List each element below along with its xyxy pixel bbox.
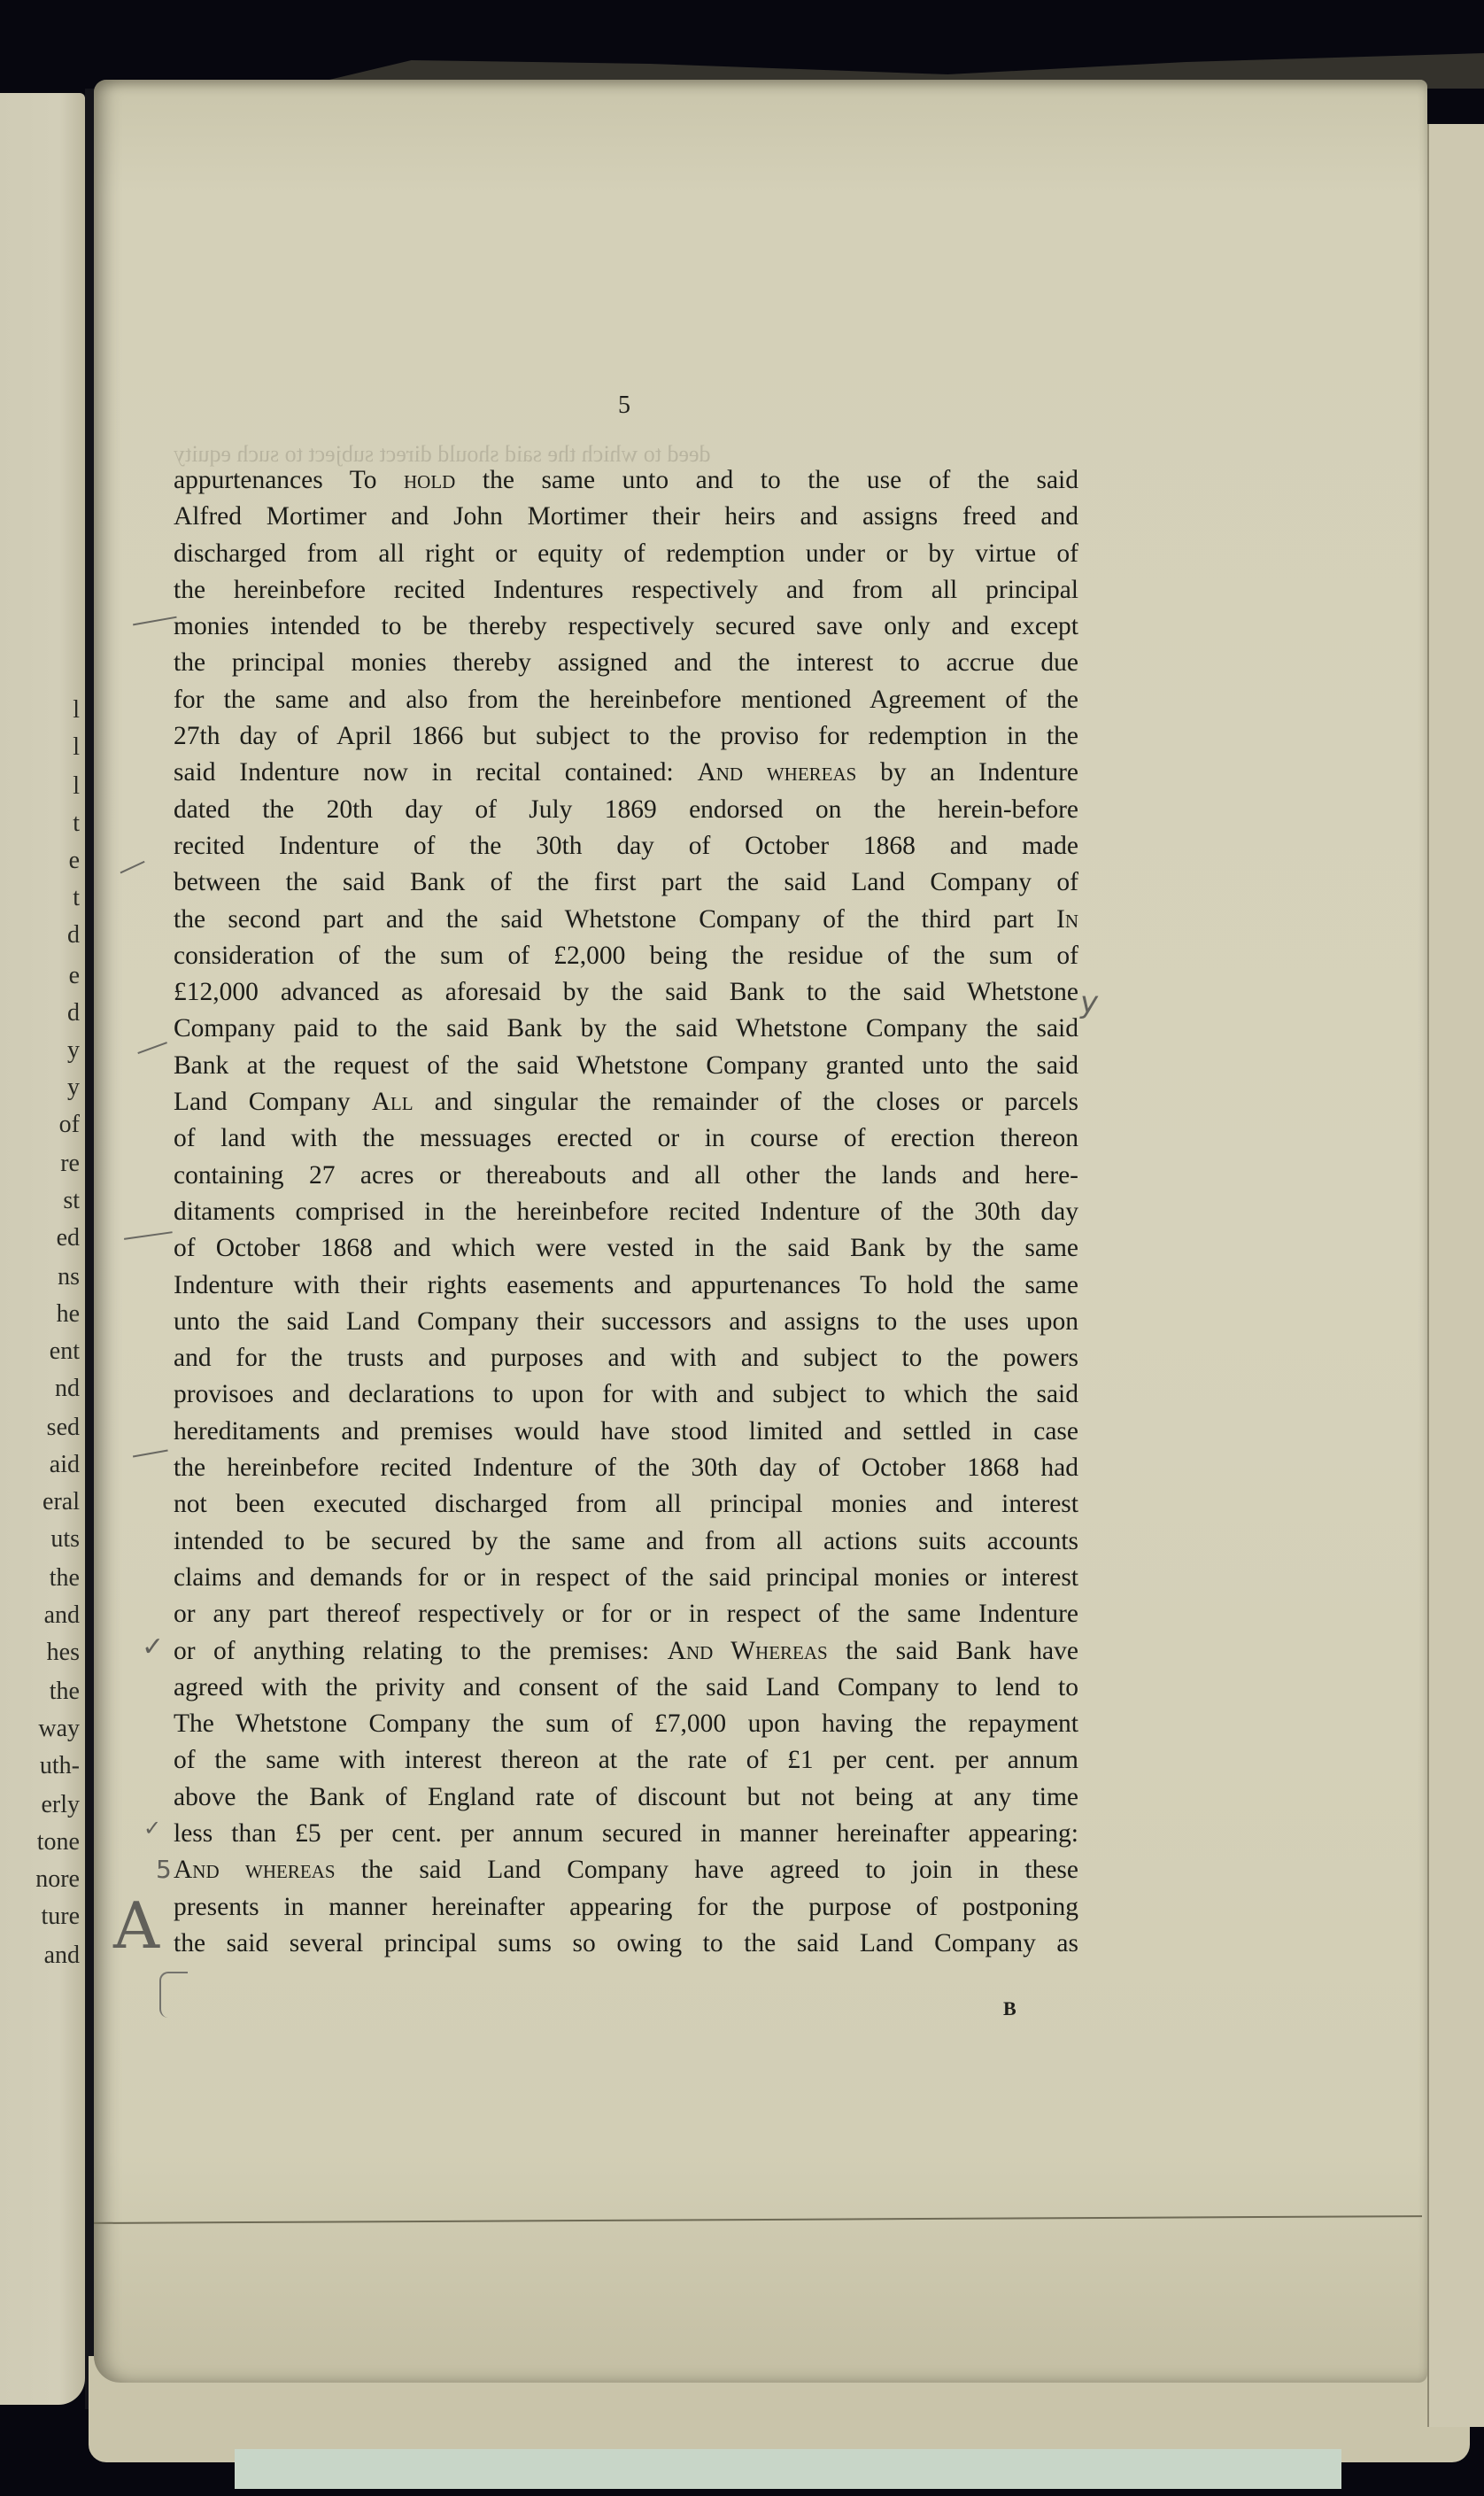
small-caps-term: And whereas [174,1856,336,1884]
text-line: Land Company All and singular the remain… [174,1084,1078,1120]
text-run: presents in manner hereinafter appearing… [174,1893,1078,1921]
left-page-text-fragment: ed [57,1226,80,1251]
text-run: between the said Bank of the first part … [174,868,1078,896]
text-run: Indenture with their rights easements an… [174,1271,1078,1299]
small-caps-term: In [1056,905,1078,934]
left-page-text-fragment: the [50,1679,80,1704]
text-line: agreed with the privity and consent of t… [174,1670,1078,1706]
text-run: Bank at the request of the said Whetston… [174,1051,1078,1080]
text-line: or of anything relating to the premises:… [174,1633,1078,1670]
text-line: dated the 20th day of July 1869 endorsed… [174,792,1078,828]
text-line: unto the said Land Company their success… [174,1304,1078,1340]
text-line: The Whetstone Company the sum of £7,000 … [174,1706,1078,1742]
text-line: intended to be secured by the same and f… [174,1523,1078,1560]
text-line: the second part and the said Whetstone C… [174,902,1078,938]
text-run: hereditaments and premises would have st… [174,1417,1078,1446]
small-caps-term: And Whereas [668,1637,828,1665]
text-line: claims and demands for or in respect of … [174,1560,1078,1596]
text-line: the said several principal sums so owing… [174,1926,1078,1962]
text-line: less than £5 per cent. per annum secured… [174,1816,1078,1852]
left-page-text-fragment: erly [41,1793,80,1818]
left-page-text-fragment: way [38,1717,80,1741]
text-line: Indenture with their rights easements an… [174,1267,1078,1304]
left-page-text-fragment: nore [35,1867,80,1892]
left-page-text-fragment: uts [50,1527,80,1552]
left-page-text-fragment: tone [37,1830,80,1855]
text-line: £12,000 advanced as aforesaid by the sai… [174,974,1078,1011]
left-page-text-fragment: e [69,849,80,873]
text-line: the hereinbefore recited Indenture of th… [174,1450,1078,1486]
text-line: between the said Bank of the first part … [174,864,1078,901]
left-page-text-fragment: l [73,698,80,723]
text-run: not been executed discharged from all pr… [174,1490,1078,1518]
text-line: of October 1868 and which were vested in… [174,1230,1078,1267]
text-line: consideration of the sum of £2,000 being… [174,938,1078,974]
blue-paper-slip [235,2449,1341,2489]
text-run: 27th day of April 1866 but subject to th… [174,722,1078,750]
text-run: by an Indenture [856,758,1078,787]
text-run: or any part thereof respectively or for … [174,1600,1078,1628]
small-caps-term: And whereas [697,758,856,787]
left-page-text-fragment: aid [50,1453,80,1477]
text-run: ditaments comprised in the hereinbefore … [174,1198,1078,1226]
left-page-text-fragment: sed [47,1415,80,1440]
text-run: said Indenture now in recital contained: [174,758,697,787]
text-line: for the same and also from the hereinbef… [174,682,1078,718]
left-page-text-fragment: y [67,1038,80,1063]
left-page-text-fragment: and [44,1603,80,1628]
left-page-text-fragment: t [73,811,80,836]
left-facing-page: llltetdedyyofrestednsheentndsedaideralut… [0,93,85,2405]
left-page-text-fragment: st [63,1189,80,1213]
text-line: 27th day of April 1866 but subject to th… [174,718,1078,755]
text-line: recited Indenture of the 30th day of Oct… [174,828,1078,864]
text-line: appurtenances To hold the same unto and … [174,462,1078,499]
text-run: the hereinbefore recited Indenture of th… [174,1453,1078,1482]
text-line: discharged from all right or equity of r… [174,536,1078,572]
text-line: the principal monies thereby assigned an… [174,645,1078,681]
left-page-text-fragment: re [60,1151,80,1176]
text-line: the hereinbefore recited Indentures resp… [174,572,1078,608]
text-run: the said several principal sums so owing… [174,1929,1078,1957]
right-margin-mark: y [1080,985,1098,1020]
left-page-text-fragment: hes [47,1640,80,1665]
left-page-text-fragment: and [44,1943,80,1968]
text-run: provisoes and declarations to upon for w… [174,1380,1078,1408]
text-line: above the Bank of England rate of discou… [174,1779,1078,1816]
left-page-text-fragment: d [67,923,80,948]
left-page-text-fragment: he [57,1302,80,1327]
left-page-text-fragment: y [67,1075,80,1100]
text-line: monies intended to be thereby respective… [174,608,1078,645]
page-number: 5 [618,391,630,420]
text-run: Land Company [174,1088,372,1116]
text-line: Bank at the request of the said Whetston… [174,1048,1078,1084]
left-page-text-fragment: of [59,1112,80,1137]
text-line: containing 27 acres or thereabouts and a… [174,1158,1078,1194]
margin-bracket-number: 5 [156,1855,172,1884]
text-run: the hereinbefore recited Indentures resp… [174,576,1078,604]
text-run: the said Land Company have agreed to joi… [336,1856,1078,1884]
text-run: of the same with interest thereon at the… [174,1746,1078,1774]
text-run: less than £5 per cent. per annum secured… [174,1819,1078,1848]
left-page-text-fragment: ns [58,1265,80,1290]
text-run: containing 27 acres or thereabouts and a… [174,1161,1078,1190]
left-page-text-fragment: l [73,735,80,760]
left-page-text-fragment: eral [43,1490,80,1515]
text-line: Alfred Mortimer and John Mortimer their … [174,499,1078,535]
right-page-edge [1427,124,1484,2427]
text-line: not been executed discharged from all pr… [174,1486,1078,1523]
left-page-text-fragment: e [69,964,80,988]
text-run: appurtenances To [174,466,404,494]
text-line: presents in manner hereinafter appearing… [174,1889,1078,1926]
margin-bracket [159,1972,188,2018]
left-page-text-fragment: uth- [40,1754,80,1779]
text-line: ditaments comprised in the hereinbefore … [174,1194,1078,1230]
text-run: and for the trusts and purposes and with… [174,1344,1078,1372]
text-line: of land with the messuages erected or in… [174,1120,1078,1157]
text-run: intended to be secured by the same and f… [174,1527,1078,1555]
text-run: £12,000 advanced as aforesaid by the sai… [174,978,1078,1006]
pencil-tick-icon: ✓ [142,1632,164,1663]
small-caps-term: All [372,1088,414,1116]
text-run: discharged from all right or equity of r… [174,539,1078,568]
left-page-text-fragment: d [67,1001,80,1026]
text-run: the said Bank have [828,1637,1078,1665]
text-run: and singular the remainder of the closes… [414,1088,1078,1116]
text-run: dated the 20th day of July 1869 endorsed… [174,795,1078,824]
text-run: Alfred Mortimer and John Mortimer their … [174,502,1078,531]
margin-letter-annotation: A [113,1888,159,1963]
text-line: or any part thereof respectively or for … [174,1596,1078,1632]
text-run: recited Indenture of the 30th day of Oct… [174,832,1078,860]
text-line: of the same with interest thereon at the… [174,1742,1078,1779]
text-line: said Indenture now in recital contained:… [174,755,1078,791]
text-run: claims and demands for or in respect of … [174,1563,1078,1592]
text-run: the second part and the said Whetstone C… [174,905,1056,934]
pencil-tick-icon: ✓ [143,1816,161,1841]
text-run: monies intended to be thereby respective… [174,612,1078,640]
text-run: the same unto and to the use of the said [455,466,1078,494]
text-run: above the Bank of England rate of discou… [174,1783,1078,1811]
text-line: Company paid to the said Bank by the sai… [174,1011,1078,1047]
signature-mark: B [1003,1997,1016,2020]
text-line: provisoes and declarations to upon for w… [174,1376,1078,1413]
text-line: and for the trusts and purposes and with… [174,1340,1078,1376]
left-page-text-fragment: nd [55,1376,80,1401]
text-run: or of anything relating to the premises: [174,1637,668,1665]
small-caps-term: hold [404,466,455,494]
text-run: for the same and also from the hereinbef… [174,686,1078,714]
left-page-text-fragment: t [73,886,80,911]
left-page-text-fragment: ent [50,1339,80,1364]
text-run: the principal monies thereby assigned an… [174,648,1078,677]
text-run: agreed with the privity and consent of t… [174,1673,1078,1701]
text-run: consideration of the sum of £2,000 being… [174,942,1078,970]
left-page-text-fragment: l [73,774,80,799]
left-page-text-fragment: ture [41,1904,80,1929]
body-text: appurtenances To hold the same unto and … [174,462,1078,1962]
left-page-text-fragment: the [50,1566,80,1591]
text-line: And whereas the said Land Company have a… [174,1852,1078,1888]
text-run: unto the said Land Company their success… [174,1307,1078,1336]
text-line: hereditaments and premises would have st… [174,1414,1078,1450]
text-run: Company paid to the said Bank by the sai… [174,1014,1078,1043]
text-run: of October 1868 and which were vested in… [174,1234,1078,1262]
text-run: The Whetstone Company the sum of £7,000 … [174,1709,1078,1738]
text-run: of land with the messuages erected or in… [174,1124,1078,1152]
